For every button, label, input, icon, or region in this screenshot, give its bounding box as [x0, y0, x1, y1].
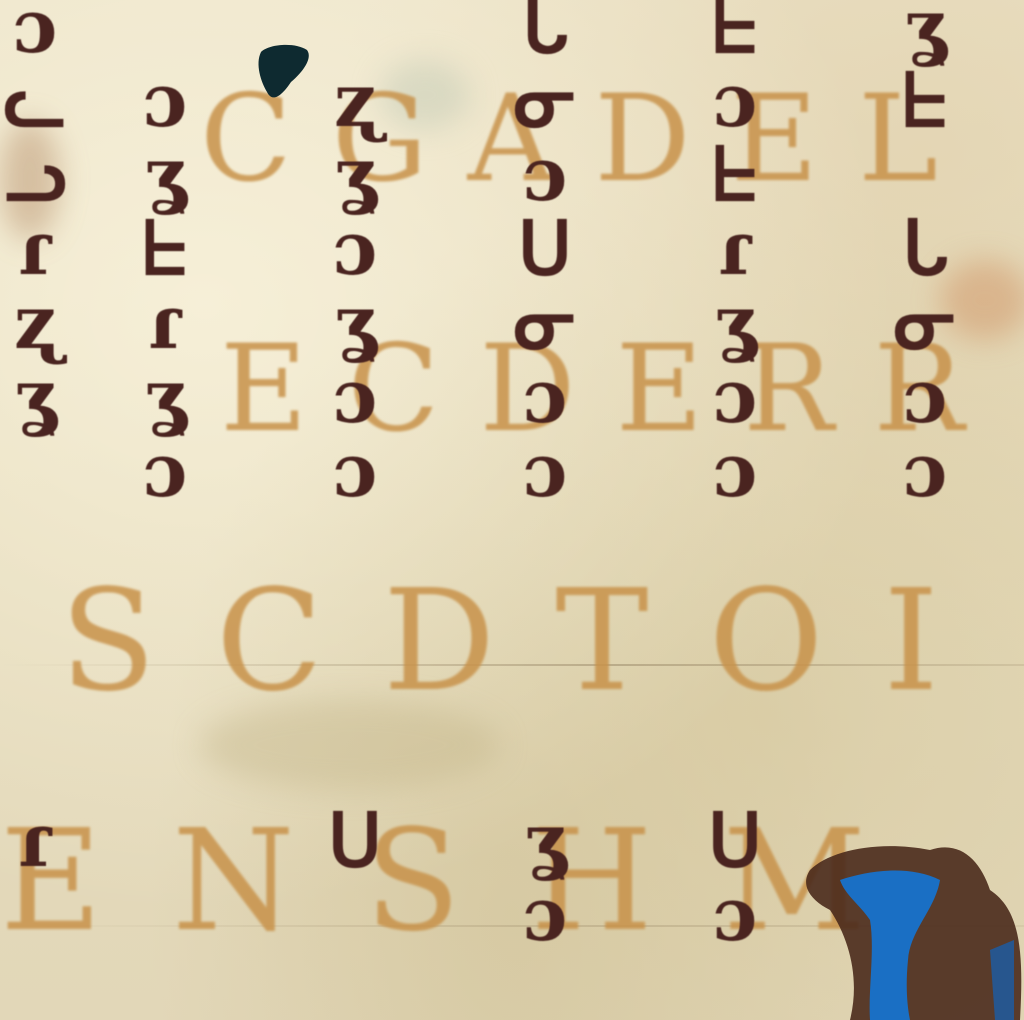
overtext-glyph: ɔ	[290, 360, 420, 434]
overtext-glyph: ʓ	[860, 0, 990, 64]
overtext-glyph: ɔ	[480, 434, 610, 508]
overtext-column-4: ᒐ ᓂ ɔ ᑌ ᓂ ɔ ɔ ʓ ɔ	[480, 0, 610, 952]
overtext-glyph: ɔ	[290, 434, 420, 508]
overtext-glyph: ɔ	[670, 878, 800, 952]
overtext-glyph: ɔ	[480, 878, 610, 952]
overtext-glyph: ɔ	[0, 0, 100, 64]
overtext-glyph	[0, 434, 100, 508]
overtext-glyph: ʓ	[100, 360, 230, 434]
overtext-glyph: ɔ	[670, 64, 800, 138]
overtext-glyph: ʓ	[0, 360, 100, 434]
overtext-glyph	[480, 730, 610, 804]
overtext-glyph	[290, 508, 420, 582]
overtext-glyph	[670, 730, 800, 804]
overtext-glyph	[0, 656, 100, 730]
overtext-glyph	[0, 878, 100, 952]
overtext-glyph: ᖶ	[670, 0, 800, 64]
overtext-glyph: ʓ	[290, 286, 420, 360]
overtext-glyph: ᖶ	[860, 64, 990, 138]
overtext-glyph: ɔ	[860, 360, 990, 434]
overtext-glyph: ʓ	[290, 138, 420, 212]
overtext-glyph	[480, 582, 610, 656]
overtext-glyph: ᒐ	[480, 0, 610, 64]
overtext-glyph	[860, 138, 990, 212]
overtext-glyph: ʓ	[480, 804, 610, 878]
overtext-glyph	[480, 508, 610, 582]
overtext-glyph: ɔ	[290, 212, 420, 286]
overtext-glyph: ᑌ	[480, 212, 610, 286]
overtext-glyph	[480, 656, 610, 730]
overtext-glyph: ɾ	[100, 286, 230, 360]
overtext-glyph: ᓂ	[480, 64, 610, 138]
overtext-glyph: ᖶ	[670, 138, 800, 212]
overtext-column-5: ᖶ ɔ ᖶ ɾ ʓ ɔ ɔ ᑌ ɔ	[670, 0, 800, 952]
overtext-glyph: ɾ	[0, 804, 100, 878]
overtext-glyph: ᑌ	[290, 804, 420, 878]
overtext-glyph: ɔ	[100, 64, 230, 138]
overtext-glyph: ᒐ	[860, 212, 990, 286]
overtext-glyph	[100, 0, 230, 64]
overtext-glyph	[290, 730, 420, 804]
overtext-glyph: ɔ	[480, 138, 610, 212]
manuscript-parchment: CGADEL ECDERR SCDTOI ENSHM ɔ ᓚ ᓗ ɾ ʐ ʓ ɾ…	[0, 0, 1024, 1020]
overtext-glyph	[670, 656, 800, 730]
overtext-glyph	[0, 730, 100, 804]
overtext-glyph: ɾ	[670, 212, 800, 286]
overtext-glyph: ʓ	[100, 138, 230, 212]
overtext-glyph: ᑌ	[670, 804, 800, 878]
overtext-glyph: ᓚ	[0, 64, 100, 138]
overtext-glyph: ᓂ	[480, 286, 610, 360]
overtext-column-6: ʓ ᖶ ᒐ ᓂ ɔ ɔ	[860, 0, 990, 508]
overtext-glyph: ɔ	[670, 360, 800, 434]
overtext-glyph: ʐ	[0, 286, 100, 360]
overtext-glyph	[290, 656, 420, 730]
overtext-glyph	[0, 582, 100, 656]
overtext-glyph	[670, 508, 800, 582]
overtext-glyph: ᓗ	[0, 138, 100, 212]
overtext-glyph: ɔ	[480, 360, 610, 434]
overtext-glyph: ɔ	[670, 434, 800, 508]
overtext-column-2: ɔ ʓ ᖶ ɾ ʓ ɔ	[100, 0, 230, 508]
ink-blot	[255, 42, 315, 106]
overtext-glyph: ᓂ	[860, 286, 990, 360]
overtext-glyph: ɔ	[100, 434, 230, 508]
overtext-glyph	[290, 582, 420, 656]
overtext-column-1: ɔ ᓚ ᓗ ɾ ʐ ʓ ɾ	[0, 0, 100, 952]
overtext-glyph: ʓ	[670, 286, 800, 360]
overtext-glyph: ɔ	[860, 434, 990, 508]
overtext-glyph: ɾ	[0, 212, 100, 286]
overtext-glyph: ᖶ	[100, 212, 230, 286]
overtext-glyph	[670, 582, 800, 656]
blue-damage-patch	[790, 830, 1024, 1020]
overtext-glyph	[0, 508, 100, 582]
overtext-column-3: ʐ ʓ ɔ ʓ ɔ ɔ ᑌ	[290, 0, 420, 878]
